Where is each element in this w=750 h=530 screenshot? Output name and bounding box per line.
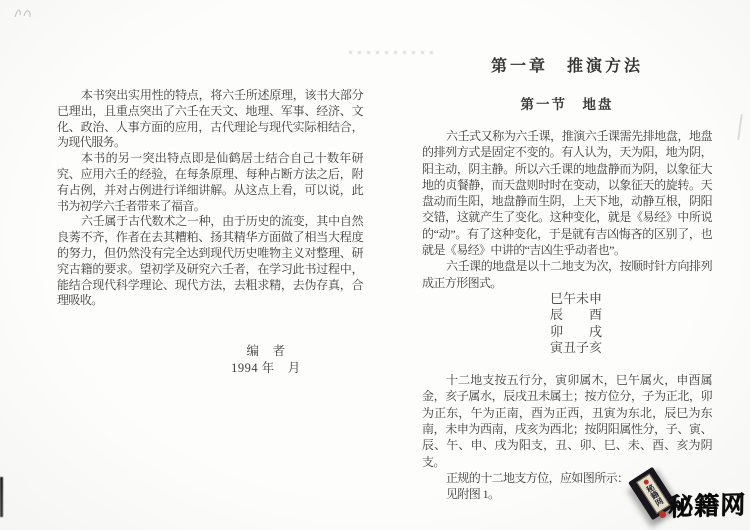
publication-date: 1994 年 月 <box>168 360 364 377</box>
diagram-row: 巳午未申 <box>440 291 712 307</box>
left-paragraph: 本书的另一突出特点即是仙鹤居士结合自己十数年研究、应用六壬的经验，在每条原理、每… <box>57 151 363 214</box>
site-watermark: 秘籍网 秘籍网 <box>615 455 750 530</box>
left-page-text-block: 本书突出实用性的特点，将六壬所述原理，该书大部分已理出，且重点突出了六壬在天文、… <box>57 88 363 309</box>
diagram-row: 寅丑子亥 <box>440 340 712 356</box>
earth-plate-diagram: 巳午未申 辰 酉 卯 戌 寅丑子亥 <box>422 291 712 356</box>
right-paragraph: 六壬课的地盘是以十二地支为次，按顺时针方向排列成正方形图式。 <box>422 258 712 291</box>
book-cover-label: 秘籍网 <box>636 473 670 514</box>
pencil-mark <box>12 5 34 21</box>
editor-signature: 编 者 <box>168 343 364 360</box>
section-title: 第一节 地盘 <box>422 93 712 113</box>
diagram-row: 辰 酉 <box>440 307 712 323</box>
editor-signature-block: 编 者 1994 年 月 <box>168 343 364 376</box>
left-paragraph: 六壬属于古代数术之一种，由于历史的流变，其中自然良莠不齐，作者在去其糟粕、扬其精… <box>57 214 363 309</box>
right-paragraph: 六壬式又称为六壬课，推演六壬课需先排地盘，地盘的排列方式是固定不变的。有人认为，… <box>422 128 712 258</box>
right-page-text-block: 六壬式又称为六壬课，推演六壬课需先排地盘，地盘的排列方式是固定不变的。有人认为，… <box>422 128 712 503</box>
scanned-book-spread: 本书突出实用性的特点，将六壬所述原理，该书大部分已理出，且重点突出了六壬在天文、… <box>0 0 750 530</box>
left-paragraph: 本书突出实用性的特点，将六壬所述原理，该书大部分已理出，且重点突出了六壬在天文、… <box>57 88 363 151</box>
scan-edge-scratch <box>737 114 743 140</box>
watermark-brand-text: 秘籍网 <box>668 485 750 524</box>
book-cover-text: 秘籍网 <box>644 483 665 509</box>
chapter-title: 第一章 推演方法 <box>422 53 712 76</box>
diagram-row: 卯 戌 <box>440 324 712 340</box>
red-seal-icon <box>659 511 666 518</box>
scan-edge-artifact <box>0 477 3 517</box>
